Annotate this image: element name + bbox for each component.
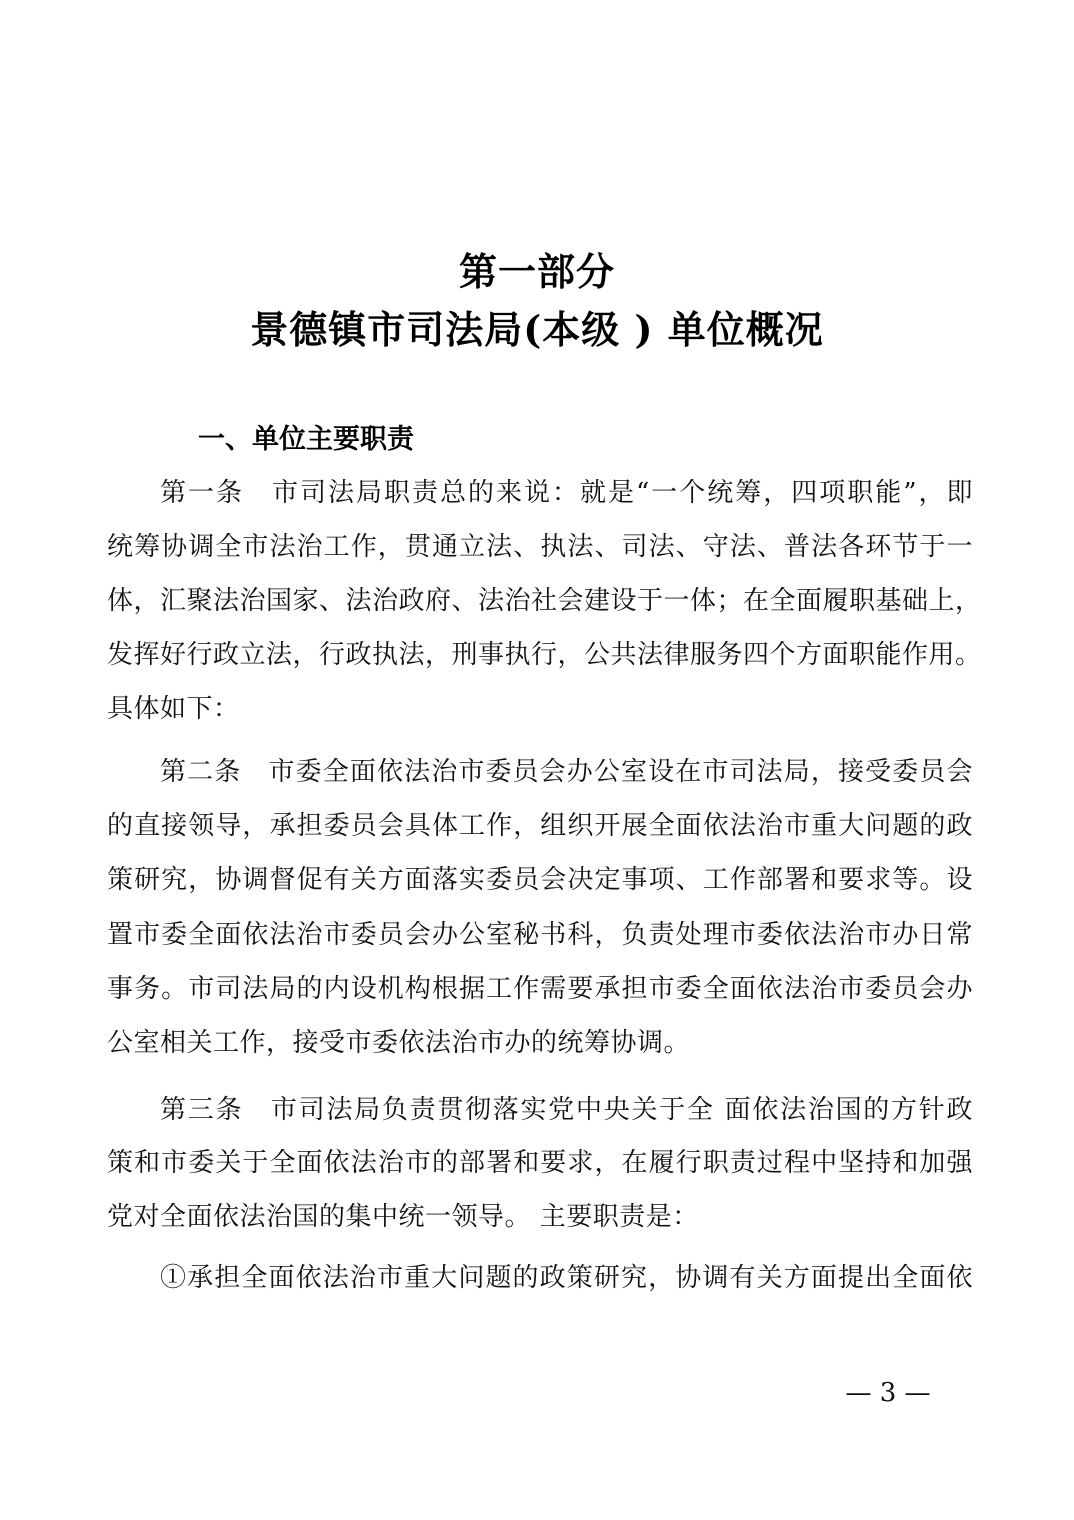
part-title: 第一部分 bbox=[0, 247, 1074, 297]
paragraph-line: 事务。市司法局的内设机构根据工作需要承担市委全面依法治市委员会办 bbox=[107, 969, 973, 1009]
paragraph-line: 公室相关工作，接受市委依法治市办的统筹协调。 bbox=[107, 1023, 973, 1063]
paragraph-line: 统筹协调全市法治工作，贯通立法、执法、司法、守法、普法各环节于一 bbox=[107, 527, 973, 567]
paragraph-line: 第一条 市司法局职责总的来说：就是“一个统筹，四项职能”，即 bbox=[160, 473, 973, 513]
paragraph-line: 第三条 市司法局负责贯彻落实党中央关于全 面依法治国的方针政 bbox=[160, 1090, 973, 1130]
paragraph-line: 体，汇聚法治国家、法治政府、法治社会建设于一体；在全面履职基础上， bbox=[107, 581, 973, 621]
paragraph-line: 的直接领导，承担委员会具体工作，组织开展全面依法治市重大问题的政 bbox=[107, 806, 973, 846]
paragraph-line: ①承担全面依法治市重大问题的政策研究，协调有关方面提出全面依 bbox=[160, 1258, 973, 1298]
paragraph-line: 策研究，协调督促有关方面落实委员会决定事项、工作部署和要求等。设 bbox=[107, 860, 973, 900]
section-heading: 一、单位主要职责 bbox=[198, 420, 414, 460]
paragraph-line: 第二条 市委全面依法治市委员会办公室设在市司法局，接受委员会 bbox=[160, 752, 973, 792]
paragraph-line: 策和市委关于全面依法治市的部署和要求，在履行职责过程中坚持和加强 bbox=[107, 1143, 973, 1183]
paragraph-line: 具体如下： bbox=[107, 689, 973, 729]
unit-title: 景德镇市司法局(本级 ) 单位概况 bbox=[0, 305, 1074, 355]
page-number: — 3 — bbox=[838, 1375, 938, 1411]
paragraph-line: 党对全面依法治国的集中统一领导。 主要职责是： bbox=[107, 1197, 973, 1237]
paragraph-line: 置市委全面依法治市委员会办公室秘书科，负责处理市委依法治市办日常 bbox=[107, 915, 973, 955]
paragraph-line: 发挥好行政立法，行政执法，刑事执行，公共法律服务四个方面职能作用。 bbox=[107, 635, 973, 675]
